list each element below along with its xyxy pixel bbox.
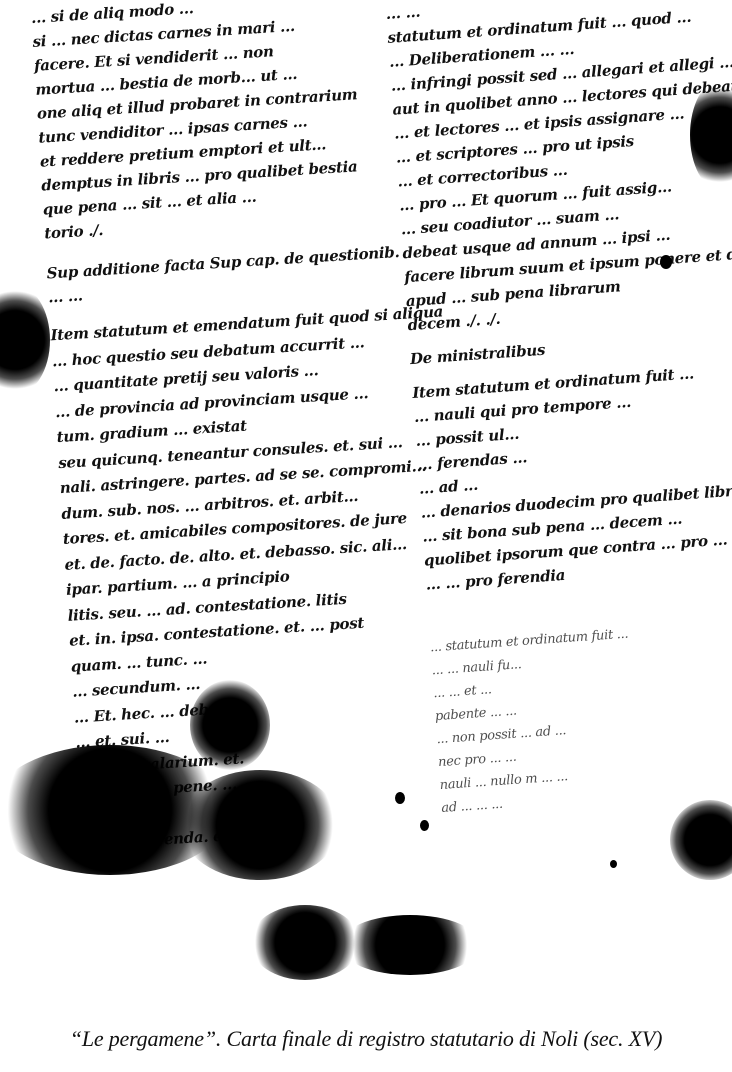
figure-caption: “Le pergamene”. Carta finale di registro…	[0, 1026, 732, 1052]
manuscript-photograph: ... si de aliq modo ... si ... nec dicta…	[0, 0, 732, 1010]
ink-stain-lower-center-2	[340, 915, 480, 975]
right-text-column: ... ... statutum et ordinatum fuit ... q…	[385, 0, 732, 820]
ink-stain-bottom-right	[670, 800, 732, 880]
ink-speck	[660, 255, 672, 269]
left-column-heading: Sup additione facta Sup cap. de question…	[46, 242, 368, 309]
right-column-block-1: ... ... statutum et ordinatum fuit ... q…	[385, 0, 732, 337]
ink-stain-column-middle	[190, 680, 270, 770]
ink-speck	[610, 860, 617, 868]
ink-speck	[395, 792, 405, 804]
right-column-block-3: ... statutum et ordinatum fuit ... ... .…	[429, 613, 732, 820]
ink-speck	[420, 820, 429, 831]
ink-stain-left-margin	[0, 285, 50, 395]
right-column-block-2: Item statutum et ordinatum fuit ... ... …	[412, 358, 732, 596]
left-column-block-1: ... si de aliq modo ... si ... nec dicta…	[30, 0, 364, 246]
ink-stain-bottom-middle	[180, 770, 340, 880]
